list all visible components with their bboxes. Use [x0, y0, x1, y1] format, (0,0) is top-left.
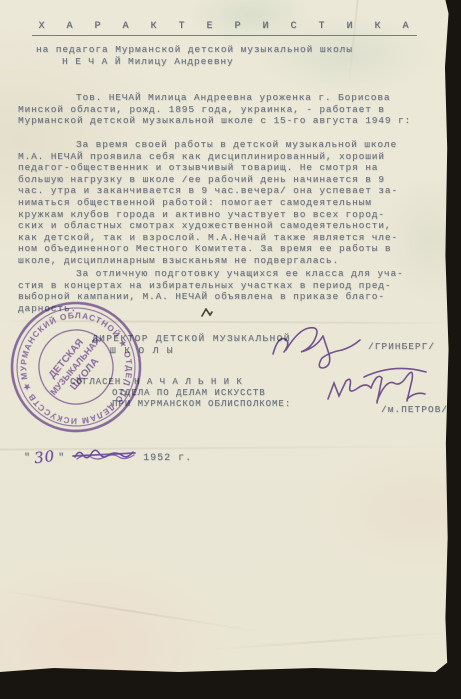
director-name-label: /ГРИНБЕРГ/	[368, 341, 435, 352]
document-page: Х А Р А К Т Е Р И С Т И К А на педагога …	[0, 0, 449, 672]
document-title: Х А Р А К Т Е Р И С Т И К А	[32, 21, 416, 36]
date-line: "30" 1952 г.	[24, 444, 192, 464]
title-row: Х А Р А К Т Е Р И С Т И К А	[0, 15, 449, 36]
paragraph-work-record: За время своей работы в детской музыкаль…	[18, 139, 446, 267]
paper-crease	[200, 631, 460, 651]
month-scribble-icon	[71, 445, 137, 463]
date-close-quote: "	[58, 453, 65, 464]
subject-block: на педагога Мурманской детской музыкальн…	[36, 44, 353, 67]
subject-name-line: Н Е Ч А Й Милицу Андреевну	[62, 56, 353, 68]
date-year-label: 1952 г.	[143, 453, 192, 464]
paper-crease	[0, 588, 268, 634]
subject-line: на педагога Мурманской детской музыкальн…	[36, 44, 353, 56]
paragraph-biography: Тов. НЕЧАЙ Милица Андреевна уроженка г. …	[18, 92, 446, 127]
date-open-quote: "	[24, 453, 31, 464]
ink-blot-mark	[201, 308, 213, 317]
date-day-handwritten: 30	[33, 449, 56, 465]
chief-signature-icon	[322, 363, 440, 415]
